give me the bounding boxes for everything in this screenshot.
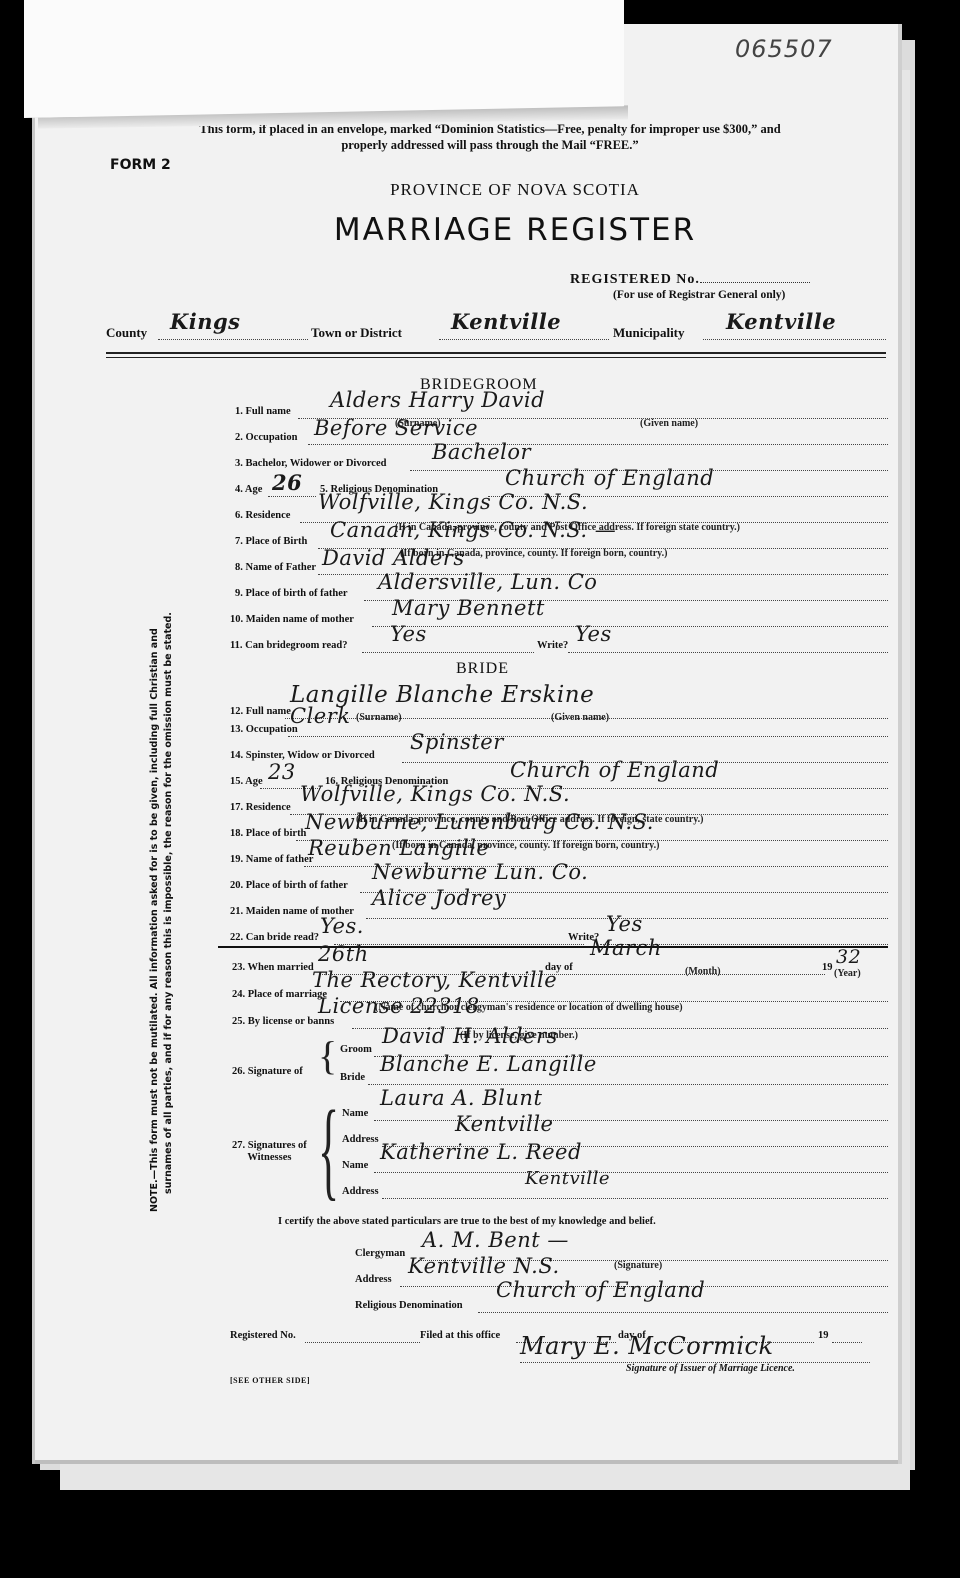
bride-mother-value[interactable]: Alice Jodrey bbox=[372, 886, 506, 910]
clergyman-religion-value[interactable]: Church of England bbox=[496, 1278, 705, 1302]
filing-year-line bbox=[832, 1342, 862, 1343]
clergyman-label: Clergyman bbox=[355, 1248, 405, 1259]
groom-birthplace-label: 7. Place of Birth bbox=[235, 536, 307, 547]
witness2-name-line bbox=[374, 1172, 888, 1173]
groom-father-value[interactable]: David Alders bbox=[322, 546, 465, 570]
bride-read-label: 22. Can bride read? bbox=[230, 932, 319, 943]
groom-occupation-line bbox=[308, 444, 888, 445]
groom-read-label: 11. Can bridegroom read? bbox=[230, 640, 347, 651]
registered-number-label: REGISTERED No. bbox=[570, 272, 700, 287]
clergyman-address-value[interactable]: Kentville N.S. bbox=[408, 1254, 560, 1278]
clergyman-religion-line bbox=[478, 1312, 888, 1313]
signature-label: 26. Signature of bbox=[232, 1066, 303, 1077]
overlay-paper-flap bbox=[24, 0, 624, 118]
witness1-name-value[interactable]: Laura A. Blunt bbox=[380, 1086, 542, 1110]
side-note-line1: NOTE.—This form must not be mutilated. A… bbox=[148, 572, 162, 1212]
bride-birthplace-value[interactable]: Newburne, Lunenburg Co. N.S. bbox=[305, 810, 654, 834]
marriage-year-value[interactable]: 32 bbox=[836, 946, 861, 968]
bride-status-label: 14. Spinster, Widow or Divorced bbox=[230, 750, 375, 761]
marriage-month-value[interactable]: March bbox=[590, 936, 662, 960]
municipality-label: Municipality bbox=[613, 325, 685, 341]
bride-father-birthplace-value[interactable]: Newburne Lun. Co. bbox=[372, 860, 588, 884]
bride-signature-label: Bride bbox=[340, 1072, 365, 1083]
registered-number-note: (For use of Registrar General only) bbox=[613, 289, 785, 301]
groom-status-label: 3. Bachelor, Widower or Divorced bbox=[235, 458, 386, 469]
bride-full-name-label: 12. Full name bbox=[230, 706, 291, 717]
groom-full-name-label: 1. Full name bbox=[235, 406, 291, 417]
license-value[interactable]: License 22318 bbox=[318, 994, 480, 1018]
filing-year-prefix: 19 bbox=[818, 1330, 829, 1341]
clergyman-value[interactable]: A. M. Bent — bbox=[422, 1228, 569, 1252]
municipality-value[interactable]: Kentville bbox=[726, 309, 836, 334]
groom-birthplace-value[interactable]: Canaan, Kings Co. N.S. — bbox=[330, 518, 616, 542]
groom-father-label: 8. Name of Father bbox=[235, 562, 316, 573]
witness2-name-label: Name bbox=[342, 1160, 368, 1171]
witnesses-label-line1: 27. Signatures of bbox=[232, 1140, 307, 1152]
groom-age-line bbox=[268, 496, 316, 497]
bride-surname-hint: (Surname) bbox=[356, 712, 402, 723]
mail-notice-line2: properly addressed will pass through the… bbox=[140, 137, 840, 153]
when-married-label: 23. When married bbox=[232, 962, 314, 973]
groom-given-hint: (Given name) bbox=[640, 418, 698, 429]
witness1-address-value[interactable]: Kentville bbox=[455, 1112, 553, 1136]
bride-age-label: 15. Age bbox=[230, 776, 263, 787]
location-row: County Kings Town or District Kentville … bbox=[106, 315, 886, 345]
groom-read-value[interactable]: Yes bbox=[390, 622, 427, 646]
groom-write-label: Write? bbox=[537, 640, 568, 651]
issuer-signature-value[interactable]: Mary E. McCormick bbox=[520, 1332, 774, 1360]
bride-read-value[interactable]: Yes. bbox=[320, 914, 364, 938]
clergyman-religion-label: Religious Denomination bbox=[355, 1300, 463, 1311]
bride-signature-line bbox=[368, 1084, 888, 1085]
clergyman-address-label: Address bbox=[355, 1274, 392, 1285]
county-line bbox=[158, 339, 308, 340]
witness1-name-line bbox=[374, 1120, 888, 1121]
bride-religion-value[interactable]: Church of England bbox=[510, 758, 719, 782]
side-note: NOTE.—This form must not be mutilated. A… bbox=[148, 572, 176, 1212]
side-note-line2: surnames of all parties, and if for any … bbox=[162, 572, 176, 1212]
registered-number: REGISTERED No. bbox=[570, 272, 810, 288]
groom-signature-value[interactable]: David H. Alders bbox=[382, 1024, 558, 1048]
witness1-address-label: Address bbox=[342, 1134, 379, 1145]
bride-given-hint: (Given name) bbox=[551, 712, 609, 723]
county-value[interactable]: Kings bbox=[170, 309, 241, 334]
groom-status-value[interactable]: Bachelor bbox=[432, 440, 531, 464]
page-title: MARRIAGE REGISTER bbox=[200, 212, 830, 248]
bride-occupation-label: 13. Occupation bbox=[230, 724, 298, 735]
bride-age-value[interactable]: 23 bbox=[268, 760, 296, 784]
bride-signature-value[interactable]: Blanche E. Langille bbox=[380, 1052, 597, 1076]
month-hint: (Month) bbox=[685, 966, 721, 977]
bride-father-value[interactable]: Reuben Langille bbox=[308, 836, 489, 860]
town-value[interactable]: Kentville bbox=[451, 309, 561, 334]
town-label: Town or District bbox=[311, 325, 402, 341]
bride-residence-value[interactable]: Wolfville, Kings Co. N.S. bbox=[300, 782, 570, 806]
groom-religion-value[interactable]: Church of England bbox=[505, 466, 714, 490]
witness2-address-line bbox=[382, 1198, 888, 1199]
witnesses-label-line2: Witnesses bbox=[232, 1152, 307, 1164]
groom-write-line bbox=[568, 652, 888, 653]
filing-registered-label: Registered No. bbox=[230, 1330, 296, 1341]
mail-notice: This form, if placed in an envelope, mar… bbox=[140, 121, 840, 153]
section-divider bbox=[106, 352, 886, 358]
groom-residence-label: 6. Residence bbox=[235, 510, 290, 521]
witness1-name-label: Name bbox=[342, 1108, 368, 1119]
province-heading: PROVINCE OF NOVA SCOTIA bbox=[200, 180, 830, 200]
year-prefix: 19 bbox=[822, 962, 833, 973]
witness2-address-value[interactable]: Kentville bbox=[525, 1168, 610, 1189]
marriage-day-value[interactable]: 26th bbox=[318, 942, 369, 966]
place-of-marriage-value[interactable]: The Rectory, Kentville bbox=[312, 968, 557, 992]
groom-signature-label: Groom bbox=[340, 1044, 372, 1055]
signature-brace: { bbox=[318, 1036, 337, 1076]
issuer-signature-label: Signature of Issuer of Marriage Licence. bbox=[626, 1363, 795, 1374]
bride-birthplace-label: 18. Place of birth bbox=[230, 828, 306, 839]
witnesses-label: 27. Signatures of Witnesses bbox=[232, 1140, 307, 1164]
town-line bbox=[439, 339, 609, 340]
municipality-line bbox=[703, 339, 886, 340]
bride-father-label: 19. Name of father bbox=[230, 854, 313, 865]
bride-write-value[interactable]: Yes bbox=[606, 912, 643, 936]
bride-status-value[interactable]: Spinster bbox=[410, 730, 504, 754]
clergyman-signature-hint: (Signature) bbox=[614, 1260, 662, 1271]
year-hint: (Year) bbox=[834, 968, 861, 979]
bride-occupation-value[interactable]: Clerk bbox=[290, 704, 350, 728]
witness2-name-value[interactable]: Katherine L. Reed bbox=[380, 1140, 582, 1164]
see-other-side-note: [SEE OTHER SIDE] bbox=[230, 1376, 310, 1385]
groom-write-value[interactable]: Yes bbox=[575, 622, 612, 646]
certification-statement: I certify the above stated particulars a… bbox=[278, 1216, 656, 1227]
groom-father-birthplace-label: 9. Place of birth of father bbox=[235, 588, 348, 599]
groom-residence-value[interactable]: Wolfville, Kings Co. N.S. bbox=[318, 490, 588, 514]
groom-age-label: 4. Age bbox=[235, 484, 262, 495]
bride-read-line bbox=[334, 944, 584, 945]
bride-heading: BRIDE bbox=[456, 660, 509, 678]
filing-registered-line bbox=[305, 1342, 420, 1343]
witness2-address-label: Address bbox=[342, 1186, 379, 1197]
groom-mother-line bbox=[372, 626, 888, 627]
bride-residence-label: 17. Residence bbox=[230, 802, 291, 813]
groom-occupation-label: 2. Occupation bbox=[235, 432, 297, 443]
bride-occupation-line bbox=[288, 736, 888, 737]
witness-brace: { bbox=[318, 1094, 339, 1204]
groom-read-line bbox=[362, 652, 534, 653]
county-label: County bbox=[106, 325, 147, 341]
groom-mother-value[interactable]: Mary Bennett bbox=[392, 596, 545, 620]
groom-age-value[interactable]: 26 bbox=[272, 470, 302, 495]
registered-number-field[interactable] bbox=[700, 282, 810, 283]
groom-occupation-value[interactable]: Before Service bbox=[314, 416, 478, 440]
bride-father-birthplace-label: 20. Place of birth of father bbox=[230, 880, 348, 891]
groom-full-name-value[interactable]: Alders Harry David bbox=[330, 388, 545, 412]
form-number: FORM 2 bbox=[110, 157, 171, 173]
groom-father-birthplace-value[interactable]: Aldersville, Lun. Co bbox=[378, 570, 597, 594]
stamp-number: 065507 bbox=[735, 35, 833, 63]
filed-at-office-label: Filed at this office bbox=[420, 1330, 500, 1341]
groom-mother-label: 10. Maiden name of mother bbox=[230, 614, 354, 625]
